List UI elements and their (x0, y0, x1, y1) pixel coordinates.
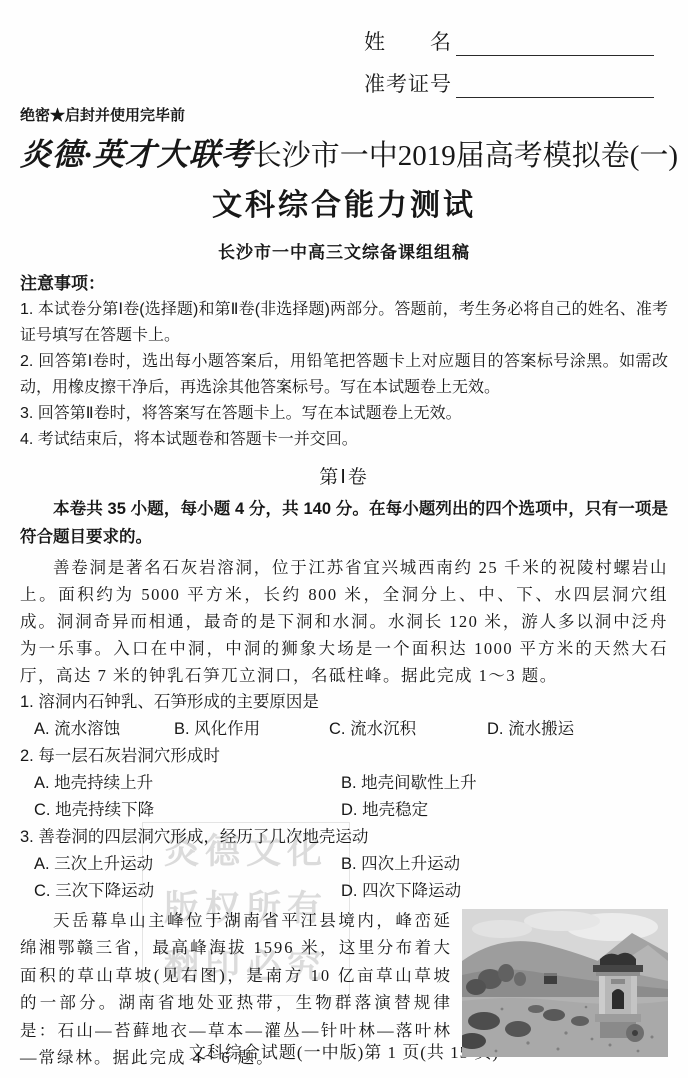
exam-title-text: 长沙市一中2019届高考模拟卷(一) (253, 140, 678, 172)
question-2: 2. 每一层石灰岩洞穴形成时 A. 地壳持续上升 B. 地壳间歇性上升 C. 地… (20, 743, 668, 824)
option-c: C. 地壳持续下降 (34, 797, 341, 824)
admission-number-label: 准考证号 (364, 68, 452, 98)
option-b: B. 风化作用 (174, 716, 329, 743)
notice-item-3: 3. 回答第Ⅱ卷时，将答案写在答题卡上。写在本试题卷上无效。 (20, 401, 668, 427)
grassland-shrine-illustration (462, 909, 668, 1057)
notice-heading: 注意事项： (20, 271, 668, 297)
option-a: A. 流水溶蚀 (34, 716, 174, 743)
exam-paper-page: 炎德文化 版权所有 翻印必究 姓 名 准考证号 绝密★启封并使用完毕前 炎德·英… (0, 0, 688, 1078)
option-c: C. 流水沉积 (329, 716, 487, 743)
section-title: 第Ⅰ卷 (20, 465, 668, 491)
section-intro: 本卷共 35 小题，每小题 4 分，共 140 分。在每小题列出的四个选项中，只… (20, 495, 668, 551)
question-1-options: A. 流水溶蚀 B. 风化作用 C. 流水沉积 D. 流水搬运 (20, 716, 668, 743)
passage-tianyue-mufu: 天岳幕阜山主峰位于湖南省平江县境内，峰峦延绵湘鄂赣三省，最高峰海拔 1596 米… (20, 907, 668, 1072)
option-a: A. 地壳持续上升 (34, 770, 341, 797)
option-d: D. 四次下降运动 (341, 878, 668, 905)
secrecy-notice: 绝密★启封并使用完毕前 (20, 104, 668, 125)
notice-item-2: 2. 回答第Ⅰ卷时，选出每小题答案后，用铅笔把答题卡上对应题目的答案标号涂黑。如… (20, 349, 668, 401)
name-fill-line (456, 29, 654, 56)
stone-shrine (593, 952, 644, 1041)
question-3: 3. 善卷洞的四层洞穴形成，经历了几次地壳运动 A. 三次上升运动 B. 四次上… (20, 824, 668, 905)
option-b: B. 地壳间歇性上升 (341, 770, 668, 797)
passage-shanjuan-cave: 善卷洞是著名石灰岩溶洞，位于江苏省宜兴城西南约 25 千米的祝陵村螺岩山上。面积… (20, 554, 668, 689)
option-c: C. 三次下降运动 (34, 878, 341, 905)
exam-title: 炎德·英才大联考长沙市一中2019届高考模拟卷(一) (20, 135, 668, 176)
option-a: A. 三次上升运动 (34, 851, 341, 878)
option-d: D. 地壳稳定 (341, 797, 668, 824)
subject-title: 文科综合能力测试 (20, 180, 668, 224)
question-3-options: A. 三次上升运动 B. 四次上升运动 C. 三次下降运动 D. 四次下降运动 (20, 851, 668, 905)
exam-brand-calligraphy: 炎德·英才大联考 (20, 137, 253, 172)
name-row: 姓 名 (364, 14, 654, 56)
admission-number-fill-line (456, 71, 654, 98)
candidate-info-block: 姓 名 准考证号 (364, 14, 654, 98)
byline: 长沙市一中高三文综备课组组稿 (20, 238, 668, 263)
question-2-options: A. 地壳持续上升 B. 地壳间歇性上升 C. 地壳持续下降 D. 地壳稳定 (20, 770, 668, 824)
option-b: B. 四次上升运动 (341, 851, 668, 878)
question-2-stem: 2. 每一层石灰岩洞穴形成时 (20, 743, 668, 770)
name-label: 姓 名 (364, 26, 452, 56)
notice-item-4: 4. 考试结束后，将本试题卷和答题卡一并交回。 (20, 427, 668, 453)
question-1: 1. 溶洞内石钟乳、石笋形成的主要原因是 A. 流水溶蚀 B. 风化作用 C. … (20, 689, 668, 743)
admission-number-row: 准考证号 (364, 56, 654, 98)
grassland-shrine-photo (462, 909, 668, 1057)
option-d: D. 流水搬运 (487, 716, 574, 743)
notice-item-1: 1. 本试卷分第Ⅰ卷(选择题)和第Ⅱ卷(非选择题)两部分。答题前，考生务必将自己… (20, 297, 668, 349)
question-3-stem: 3. 善卷洞的四层洞穴形成，经历了几次地壳运动 (20, 824, 668, 851)
question-1-stem: 1. 溶洞内石钟乳、石笋形成的主要原因是 (20, 689, 668, 716)
